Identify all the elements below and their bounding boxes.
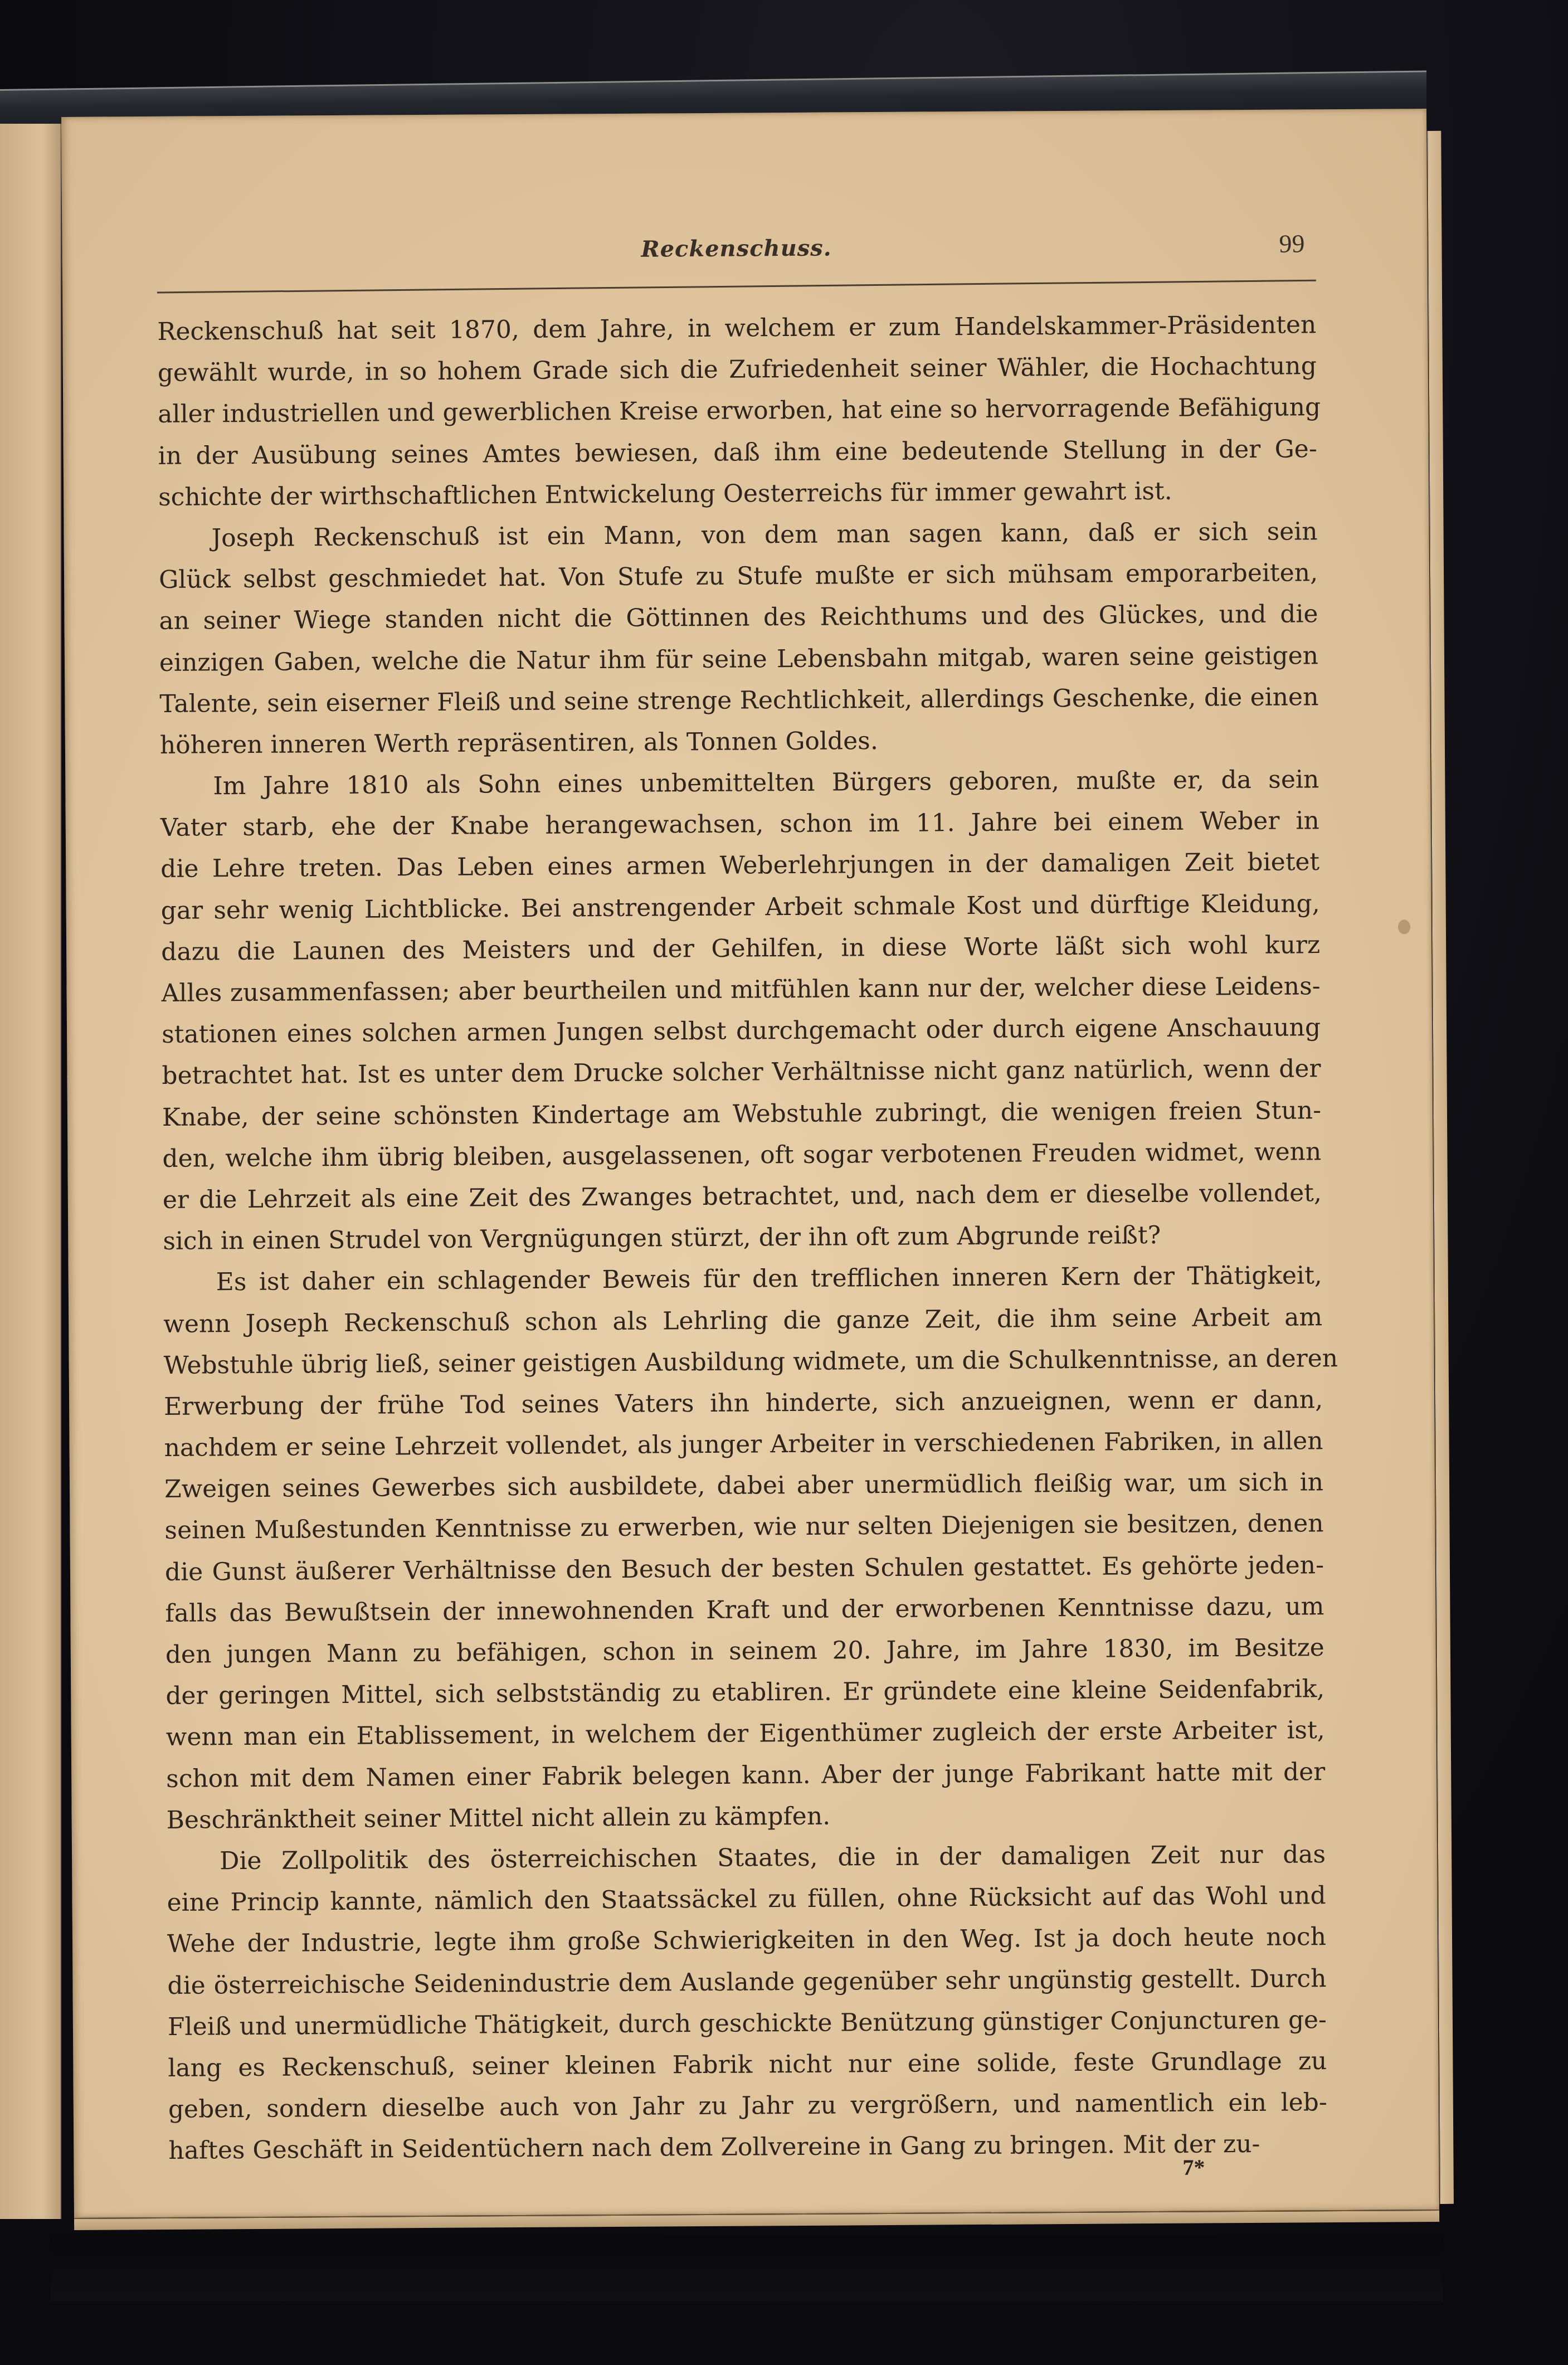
book-binding-bottom: [50, 2235, 1443, 2301]
text-line: den, welche ihm übrig bleiben, ausgelass…: [162, 1131, 1321, 1180]
paragraph: Joseph Reckenschuß ist ein Mann, von dem…: [158, 511, 1319, 766]
text-line: Erwerbung der frühe Tod seines Vaters ih…: [164, 1379, 1323, 1428]
body-text: Reckenschuß hat seit 1870, dem Jahre, in…: [157, 304, 1327, 2172]
text-line: Glück selbst geschmiedet hat. Von Stufe …: [159, 552, 1318, 601]
text-line: die Lehre treten. Das Leben eines armen …: [160, 842, 1319, 890]
text-line: Fleiß und unermüdliche Thätigkeit, durch…: [168, 1999, 1327, 2048]
text-line: betrachtet hat. Ist es unter dem Drucke …: [162, 1049, 1321, 1097]
text-line: die österreichische Seidenindustrie dem …: [167, 1958, 1326, 2007]
paragraph: Im Jahre 1810 als Sohn eines unbemittelt…: [160, 759, 1322, 1262]
text-line: Knabe, der seine schönsten Kindertage am…: [162, 1090, 1321, 1138]
text-line: dazu die Launen des Meisters und der Geh…: [161, 924, 1320, 973]
text-line: Im Jahre 1810 als Sohn eines unbemittelt…: [160, 759, 1319, 807]
text-line: haftes Geschäft in Seidentüchern nach de…: [168, 2123, 1327, 2172]
text-line: der geringen Mittel, sich selbstständig …: [165, 1668, 1324, 1717]
text-line: Reckenschuß hat seit 1870, dem Jahre, in…: [157, 304, 1316, 353]
text-line: schon mit dem Namen einer Fabrik belegen…: [166, 1751, 1325, 1800]
text-line: an seiner Wiege standen nicht die Göttin…: [159, 594, 1318, 643]
text-line: nachdem er seine Lehrzeit vollendet, als…: [164, 1420, 1323, 1469]
text-line: falls das Bewußtsein der innewohnenden K…: [165, 1586, 1324, 1634]
text-line: Alles zusammenfassen; aber beurtheilen u…: [161, 966, 1320, 1014]
running-head: Reckenschuss. 99: [157, 221, 1316, 289]
paragraph: Die Zollpolitik des österreichischen Sta…: [167, 1834, 1328, 2172]
text-line: Zweigen seines Gewerbes sich ausbildete,…: [164, 1462, 1323, 1510]
signature-mark: 7*: [1182, 2154, 1205, 2181]
text-line: Vater starb, ehe der Knabe herangewachse…: [160, 800, 1319, 849]
text-line: wenn man ein Etablissement, in welchem d…: [166, 1710, 1325, 1759]
text-line: lang es Reckenschuß, seiner kleinen Fabr…: [168, 2041, 1327, 2089]
text-line: wenn Joseph Reckenschuß schon als Lehrli…: [163, 1297, 1322, 1345]
text-line: gar sehr wenig Lichtblicke. Bei anstreng…: [160, 883, 1319, 932]
text-line: aller industriellen und gewerblichen Kre…: [158, 387, 1317, 436]
text-line: in der Ausübung seines Amtes bewiesen, d…: [158, 429, 1317, 477]
text-line: Webstuhle übrig ließ, seiner geistigen A…: [163, 1338, 1322, 1386]
text-line: höheren inneren Werth repräsentiren, als…: [160, 718, 1319, 766]
header-rule: [157, 280, 1316, 294]
text-line: Es ist daher ein schlagender Beweis für …: [163, 1256, 1322, 1304]
paragraph: Reckenschuß hat seit 1870, dem Jahre, in…: [157, 304, 1317, 518]
left-page-edge: [0, 124, 61, 2219]
text-line: einzigen Gaben, welche die Natur ihm für…: [159, 635, 1318, 684]
text-line: stationen eines solchen armen Jungen sel…: [162, 1007, 1321, 1055]
text-line: Beschränktheit seiner Mittel nicht allei…: [166, 1793, 1325, 1841]
text-line: er die Lehrzeit als eine Zeit des Zwange…: [163, 1172, 1322, 1221]
book-page: Reckenschuss. 99 Reckenschuß hat seit 18…: [61, 109, 1439, 2218]
text-line: Wehe der Industrie, legte ihm große Schw…: [167, 1917, 1326, 1965]
text-line: Joseph Reckenschuß ist ein Mann, von dem…: [158, 511, 1317, 559]
text-line: Talente, sein eiserner Fleiß und seine s…: [159, 677, 1318, 725]
text-line: die Gunst äußerer Verhältnisse den Besuc…: [165, 1545, 1324, 1593]
text-line: geben, sondern dieselbe auch von Jahr zu…: [168, 2082, 1327, 2130]
text-line: schichte der wirthschaftlichen Entwickel…: [158, 470, 1317, 518]
paper-stain: [1398, 919, 1410, 934]
text-line: seinen Mußestunden Kenntnisse zu erwerbe…: [164, 1503, 1323, 1552]
paragraph: Es ist daher ein schlagender Beweis für …: [163, 1256, 1326, 1841]
text-line: sich in einen Strudel von Vergnügungen s…: [163, 1214, 1322, 1262]
text-line: gewählt wurde, in so hohem Grade sich di…: [158, 345, 1317, 394]
running-title: Reckenschuss.: [157, 232, 1316, 265]
page-number: 99: [1279, 228, 1304, 258]
text-line: Die Zollpolitik des österreichischen Sta…: [167, 1834, 1326, 1882]
text-line: eine Princip kannte, nämlich den Staatss…: [167, 1875, 1326, 1924]
text-line: den jungen Mann zu befähigen, schon in s…: [165, 1627, 1324, 1676]
